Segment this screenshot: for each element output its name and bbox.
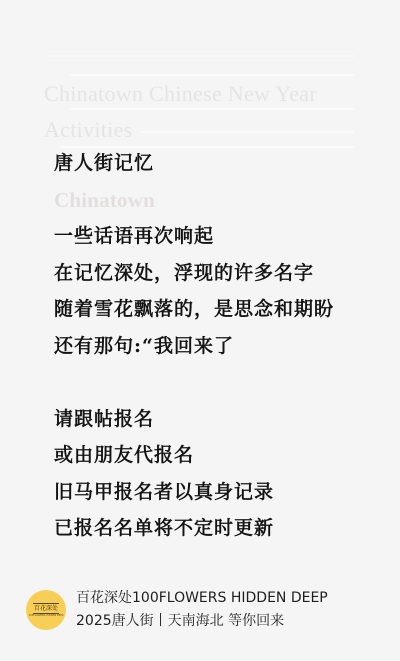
- footer-caption: 百花深处100FLOWERS HIDDEN DEEP 2025唐人街丨天南海北 …: [76, 587, 328, 633]
- logo-subtext: 100FLOWERS HIDDEN DEEP: [29, 614, 64, 618]
- poem-line: 随着雪花飘落的，是思念和期盼: [54, 294, 334, 331]
- poem-line: 唐人街记忆: [54, 148, 334, 185]
- brand-logo-avatar[interactable]: 百花深处 100FLOWERS HIDDEN DEEP: [26, 590, 66, 630]
- footer-brand: 百花深处 100FLOWERS HIDDEN DEEP 百花深处100FLOWE…: [26, 587, 328, 633]
- footer-slogan: 2025唐人街丨天南海北 等你回来: [76, 610, 328, 633]
- poem-line: 一些话语再次响起: [54, 221, 334, 258]
- poem-body: 唐人街记忆 Chinatown 一些话语再次响起 在记忆深处，浮现的许多名字 随…: [54, 148, 334, 550]
- poem-line: 还有那句:“我回来了: [54, 331, 334, 368]
- poem-spacer: [54, 367, 334, 404]
- footer-brand-name: 百花深处100FLOWERS HIDDEN DEEP: [76, 587, 328, 610]
- logo-text: 百花深处: [33, 603, 59, 614]
- poem-line: 在记忆深处，浮现的许多名字: [54, 258, 334, 295]
- english-title: Chinatown Chinese New Year Activities: [44, 76, 364, 148]
- poem-line-ghost: Chinatown: [54, 185, 334, 222]
- poem-line: 旧马甲报名者以真身记录: [54, 477, 334, 514]
- decorative-line: [48, 55, 354, 57]
- poem-line: 或由朋友代报名: [54, 440, 334, 477]
- poem-line: 已报名名单将不定时更新: [54, 513, 334, 550]
- poem-line: 请跟帖报名: [54, 404, 334, 441]
